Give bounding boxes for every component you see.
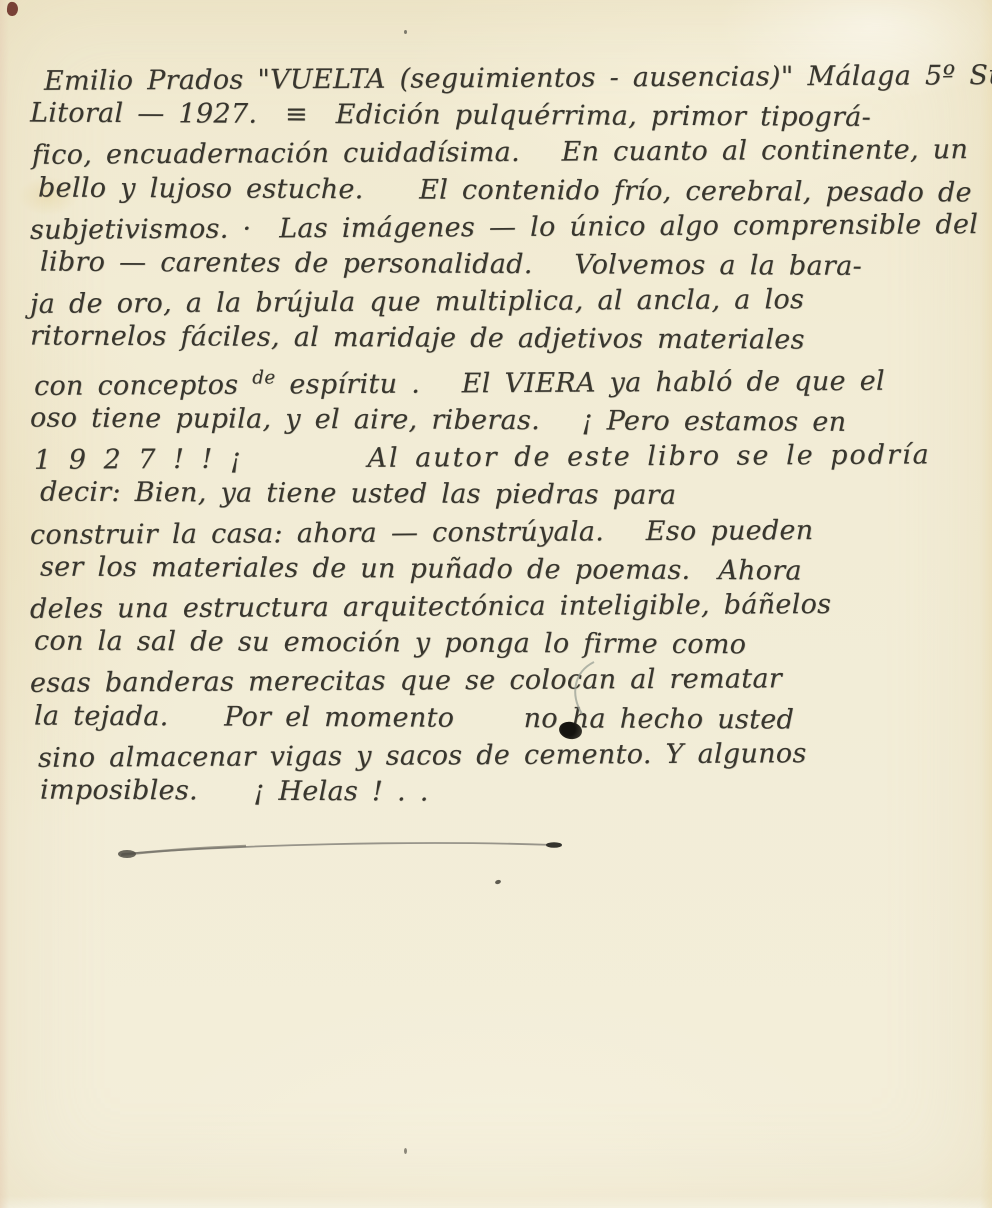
manuscript-line: la tejada. Por el momento no ha hecho us… [34,697,970,739]
manuscript-line: con la sal de su emoción y ponga lo firm… [34,623,970,665]
paper-speck [494,879,501,885]
manuscript-text: Emilio Prados "VUELTA (seguimientos - au… [30,60,970,811]
manuscript-line: fico, encuadernación cuidadísima. En cua… [32,132,970,175]
pen-flourish-stroke [568,660,602,718]
manuscript-line: libro — carentes de personalidad. Volvem… [40,244,970,286]
manuscript-line: deles una estructura arquitectónica inte… [30,585,970,628]
paper-page: Emilio Prados "VUELTA (seguimientos - au… [0,0,992,1208]
line-segment: con conceptos [34,369,252,401]
hand-drawn-rule [116,834,568,862]
manuscript-line: bello y lujoso estuche. El contenido frí… [38,169,970,211]
manuscript-line: oso tiene pupila, y el aire, riberas. ¡ … [30,399,970,441]
corner-ink-mark [6,1,19,16]
manuscript-line: ja de oro, a la brújula que multiplica, … [30,280,970,323]
manuscript-line: construir la casa: ahora — constrúyala. … [30,511,970,554]
manuscript-line: Emilio Prados "VUELTA (seguimientos - au… [44,57,970,100]
manuscript-line: imposibles. ¡ Helas ! . . [40,772,970,814]
manuscript-line: 1 9 2 7 ! ! ¡ Al autor de este libro se … [34,436,970,479]
manuscript-line: decir: Bien, ya tiene usted las piedras … [40,474,970,516]
manuscript-line: con conceptos de espíritu . El VIERA ya … [34,355,970,405]
manuscript-line: subjetivismos. · Las imágenes — lo único… [30,206,970,249]
paper-speck [404,1148,407,1154]
paper-speck [404,30,407,34]
manuscript-line: Litoral — 1927. ≡ Edición pulquérrima, p… [30,95,970,137]
inserted-word: de [252,367,275,388]
manuscript-line: ritornelos fáciles, al maridaje de adjet… [30,318,970,360]
line-segment: espíritu . El VIERA ya habló de que el [275,365,885,400]
manuscript-line: esas banderas merecitas que se colocan a… [30,659,970,702]
manuscript-line: ser los materiales de un puñado de poema… [40,548,970,590]
manuscript-line: sino almacenar vigas y sacos de cemento.… [38,734,970,777]
